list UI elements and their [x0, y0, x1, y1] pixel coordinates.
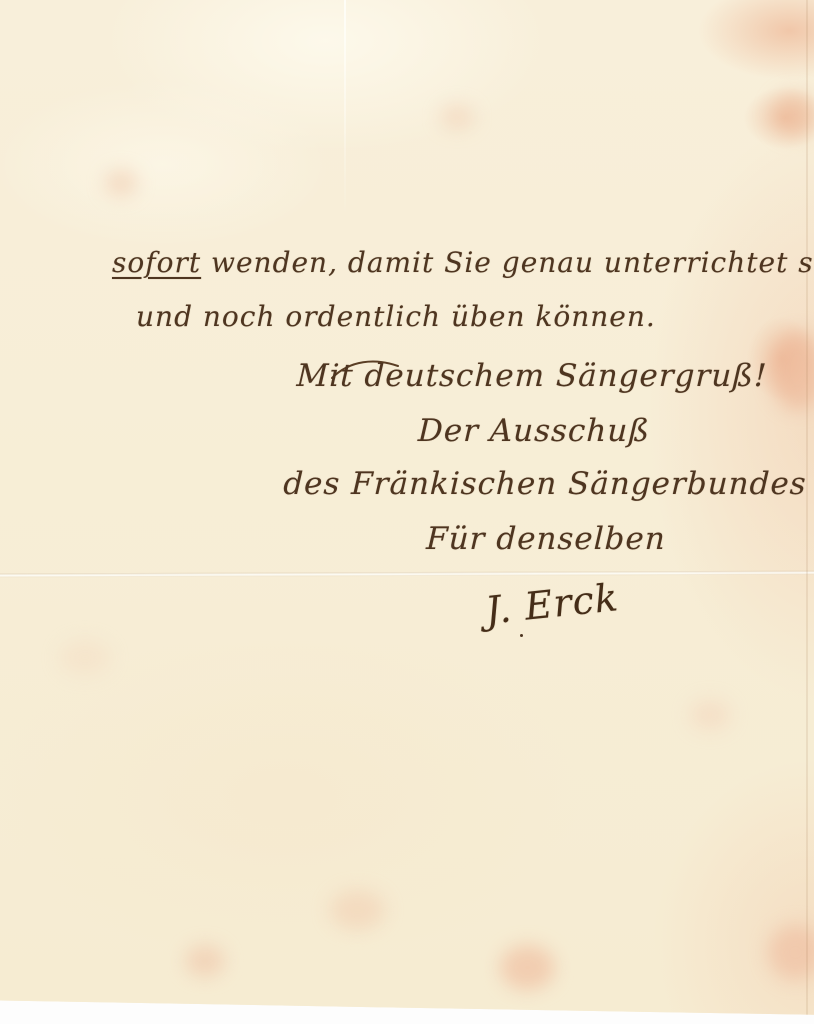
foxing-stain	[105, 170, 137, 196]
paper-edge-shadow	[806, 0, 808, 1024]
letter-body-line-1: sofort wenden, damit Sie genau unterrich…	[112, 246, 814, 279]
foxing-stain	[500, 945, 555, 990]
closing-organization: des Fränkischen Sängerbundes	[283, 466, 808, 502]
closing-for-line: Für denselben	[426, 521, 667, 557]
vertical-fold-crease	[344, 0, 346, 215]
closing-committee: Der Ausschuß	[417, 413, 650, 449]
foxing-stain	[60, 640, 110, 675]
foxing-stain	[185, 945, 225, 977]
ink-speck	[520, 634, 523, 637]
closing-salutation: Mit deutschem Sängergruß!	[296, 358, 768, 394]
foxing-stain	[690, 700, 730, 730]
body-line-1-text: wenden, damit Sie genau unterrichtet sin…	[201, 246, 814, 279]
letter-scan: sofort wenden, damit Sie genau unterrich…	[0, 0, 814, 1024]
letter-body-line-2: und noch ordentlich üben können.	[136, 300, 656, 333]
foxing-stain	[330, 890, 385, 930]
letter-paper: sofort wenden, damit Sie genau unterrich…	[0, 0, 814, 1024]
foxing-stain	[440, 105, 474, 129]
signature: J. Erck	[483, 575, 621, 633]
underlined-word-sofort: sofort	[112, 246, 201, 279]
horizontal-fold-crease	[0, 571, 814, 578]
